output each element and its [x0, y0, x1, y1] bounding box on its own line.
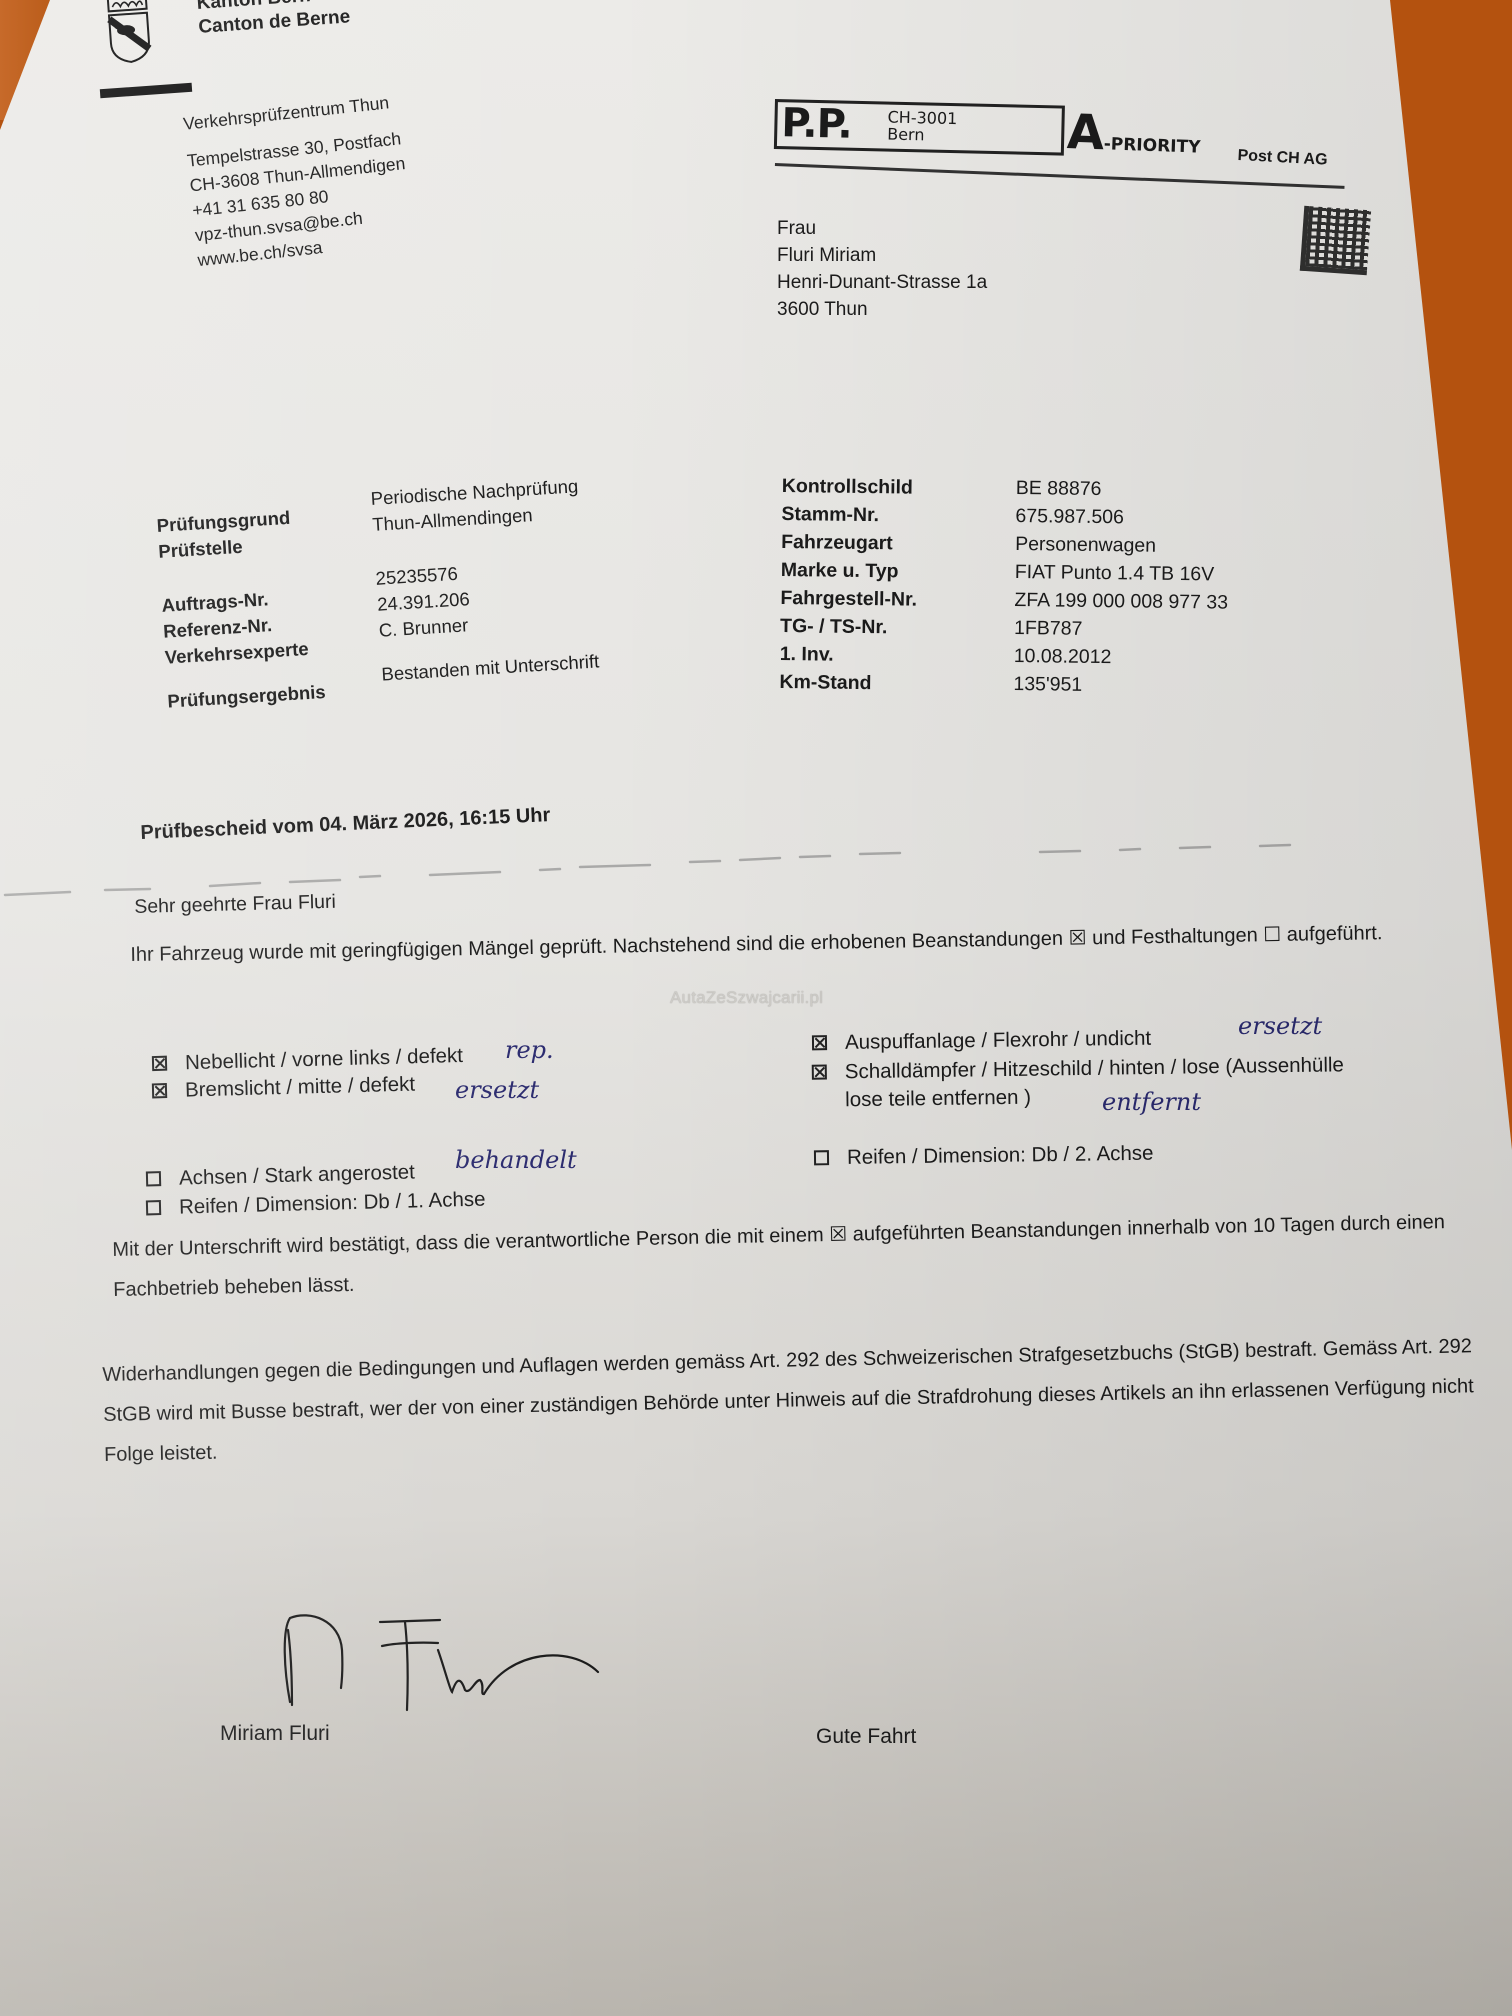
- defect-item: Schalldämpfer / Hitzeschild / hinten / l…: [812, 1051, 1345, 1114]
- bern-coat-of-arms-icon: [102, 0, 157, 66]
- defect-text-line2: lose teile entfernen ): [845, 1079, 1344, 1114]
- defect-text: Schalldämpfer / Hitzeschild / hinten / l…: [845, 1051, 1345, 1114]
- value-inverkehrsetzung: 10.08.2012: [1014, 642, 1228, 673]
- priority-text: -PRIORITY: [1103, 134, 1200, 157]
- a-priority-mark: A-PRIORITY: [1066, 104, 1202, 165]
- label-km-stand: Km-Stand: [779, 668, 916, 698]
- recipient-name: Fluri Miriam: [777, 242, 987, 269]
- handwritten-signature: [270, 1610, 660, 1720]
- sender-address: Verkehrsprüfzentrum Thun Tempelstrasse 3…: [182, 89, 414, 273]
- datamatrix-code-icon: [1300, 206, 1371, 276]
- value-stamm-nr: 675.987.506: [1015, 502, 1229, 533]
- label-inverkehrsetzung: 1. Inv.: [780, 640, 917, 670]
- label-fahrgestell-nr: Fahrgestell-Nr.: [780, 584, 917, 614]
- empty-box-icon: [146, 1200, 161, 1215]
- checked-box-icon: [812, 1035, 827, 1050]
- priority-letter: A: [1066, 104, 1105, 161]
- checked-box-icon: [812, 1065, 827, 1080]
- printer-smudge-line: [0, 840, 1400, 900]
- recipient-salutation: Frau: [777, 215, 987, 242]
- value-fahrgestell-nr: ZFA 199 000 008 977 33: [1014, 586, 1228, 617]
- defect-text: Bremslicht / mitte / defekt: [185, 1071, 416, 1105]
- recipient-city: 3600 Thun: [777, 296, 987, 323]
- handwritten-note: ersetzt: [1238, 1012, 1322, 1040]
- postal-carrier: Post CH AG: [1237, 147, 1328, 170]
- postage-pp: P.P.: [781, 100, 852, 148]
- header-bar: [100, 83, 192, 98]
- recipient-street: Henri-Dunant-Strasse 1a: [777, 269, 987, 296]
- legal-paragraph: Widerhandlungen gegen die Bedingungen un…: [102, 1326, 1504, 1475]
- checked-box-icon: [152, 1083, 167, 1098]
- closing-text: Gute Fahrt: [816, 1725, 916, 1749]
- intro-paragraph: Ihr Fahrzeug wurde mit geringfügigen Män…: [130, 912, 1431, 975]
- empty-box-icon: [814, 1150, 829, 1165]
- canton-name: Kanton Bern Canton de Berne: [196, 0, 351, 40]
- handwritten-note: behandelt: [455, 1146, 577, 1174]
- exam-info-labels: Prüfungsgrund Prüfstelle Auftrags-Nr. Re…: [156, 503, 326, 714]
- label-tg-ts-nr: TG- / TS-Nr.: [780, 612, 917, 642]
- defect-text: Nebellicht / vorne links / defekt: [185, 1042, 464, 1077]
- value-tg-ts-nr: 1FB787: [1014, 614, 1228, 645]
- defect-text: Auspuffanlage / Flexrohr / undicht: [845, 1025, 1152, 1057]
- defect-item: Bremslicht / mitte / defekt: [152, 1071, 416, 1106]
- exam-info-values: Periodische Nachprüfung Thun-Allmendinge…: [370, 473, 600, 688]
- postage-city: Bern: [887, 126, 957, 145]
- checked-box-icon: [152, 1056, 167, 1071]
- value-kontrollschild: BE 88876: [1016, 474, 1230, 505]
- vehicle-info-labels: Kontrollschild Stamm-Nr. Fahrzeugart Mar…: [779, 472, 918, 698]
- empty-box-icon: [146, 1171, 161, 1186]
- label-kontrollschild: Kontrollschild: [782, 472, 919, 502]
- postage-divider: [775, 163, 1345, 188]
- defect-item: Reifen / Dimension: Db / 2. Achse: [814, 1140, 1154, 1173]
- postage-box: P.P. CH-3001 Bern: [774, 99, 1065, 156]
- recipient-address: Frau Fluri Miriam Henri-Dunant-Strasse 1…: [777, 215, 987, 323]
- value-marke-typ: FIAT Punto 1.4 TB 16V: [1015, 558, 1229, 589]
- document-page: Kanton Bern Canton de Berne Verkehrsprüf…: [0, 0, 1512, 2016]
- defect-item: Auspuffanlage / Flexrohr / undicht: [812, 1025, 1152, 1058]
- value-fahrzeugart: Personenwagen: [1015, 530, 1229, 561]
- greeting: Sehr geehrte Frau Fluri: [134, 891, 336, 919]
- label-fahrzeugart: Fahrzeugart: [781, 528, 918, 558]
- handwritten-note: entfernt: [1102, 1088, 1201, 1116]
- value-km-stand: 135'951: [1013, 670, 1227, 701]
- defect-text: Reifen / Dimension: Db / 2. Achse: [847, 1140, 1154, 1172]
- vehicle-info-values: BE 88876 675.987.506 Personenwagen FIAT …: [1013, 474, 1229, 701]
- label-stamm-nr: Stamm-Nr.: [781, 500, 918, 530]
- decision-title: Prüfbescheid vom 04. März 2026, 16:15 Uh…: [140, 804, 551, 845]
- label-marke-typ: Marke u. Typ: [781, 556, 918, 586]
- handwritten-note: ersetzt: [455, 1076, 539, 1104]
- watermark: AutaZeSzwajcarii.pl: [670, 988, 823, 1008]
- handwritten-note: rep.: [505, 1036, 554, 1064]
- postage-origin: CH-3001 Bern: [887, 109, 957, 145]
- signer-name: Miriam Fluri: [220, 1722, 330, 1746]
